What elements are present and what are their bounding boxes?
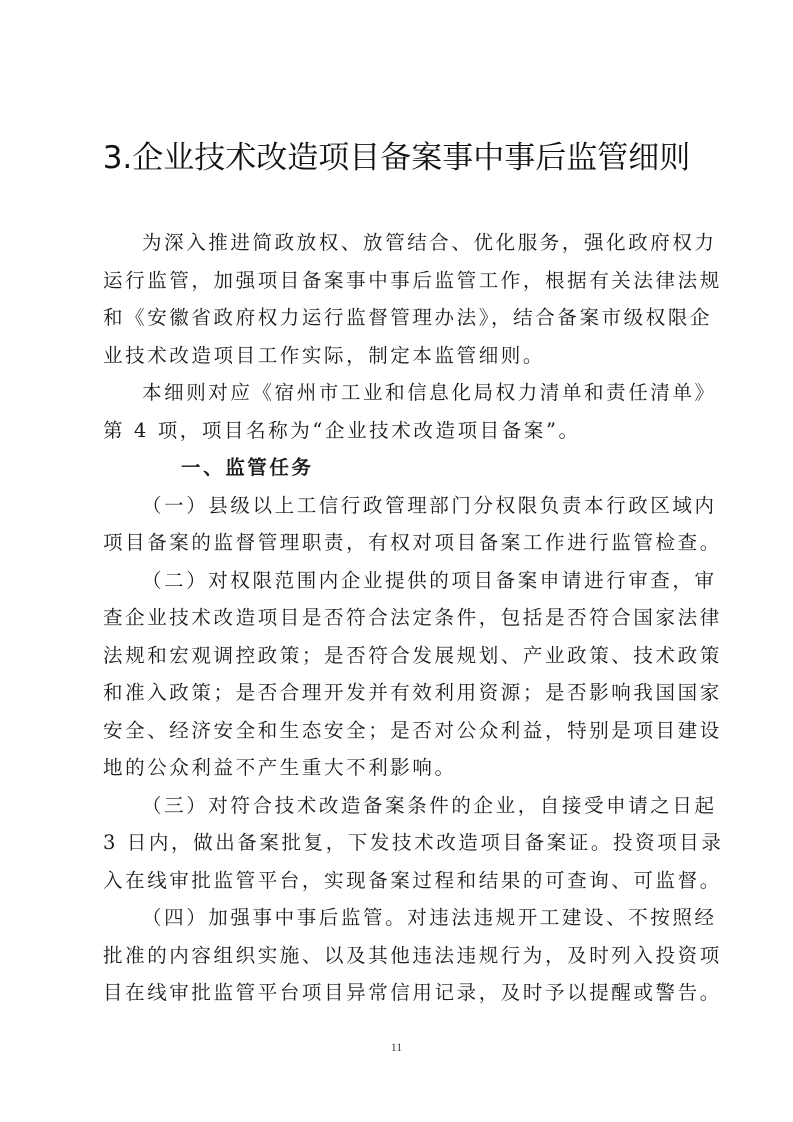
text-line: 法规和宏观调控政策；是否符合发展规划、产业政策、技术政策 [103,637,693,675]
page-number: 11 [0,1040,793,1055]
text-line: 业技术改造项目工作实际，制定本监管细则。 [103,337,693,375]
scope-paragraph: 本细则对应《宿州市工业和信息化局权力清单和责任清单》 第 4 项，项目名称为“企… [103,374,693,449]
text-line: 运行监管，加强项目备案事中事后监管工作，根据有关法律法规 [103,262,693,300]
text-line: 批准的内容组织实施、以及其他违法违规行为，及时列入投资项 [103,937,693,975]
text-line: 第 4 项，项目名称为“企业技术改造项目备案”。 [103,412,693,450]
text-line: 目在线审批监管平台项目异常信用记录，及时予以提醒或警告。 [103,974,693,1012]
text-line: 为深入推进简政放权、放管结合、优化服务，强化政府权力 [103,224,693,262]
document-title: 3.企业技术改造项目备案事中事后监管细则 [0,138,793,178]
text-line: 地的公众利益不产生重大不利影响。 [103,749,693,787]
text-line: 3 日内，做出备案批复，下发技术改造项目备案证。投资项目录 [103,824,693,862]
text-line: 和准入政策；是否合理开发并有效利用资源；是否影响我国国家 [103,674,693,712]
text-line: （三）对符合技术改造备案条件的企业，自接受申请之日起 [103,787,693,825]
section-heading: 一、监管任务 [103,449,693,487]
text-line: 查企业技术改造项目是否符合法定条件，包括是否符合国家法律 [103,599,693,637]
task-item-4: （四）加强事中事后监管。对违法违规开工建设、不按照经 批准的内容组织实施、以及其… [103,899,693,1012]
intro-paragraph: 为深入推进简政放权、放管结合、优化服务，强化政府权力 运行监管，加强项目备案事中… [103,224,693,374]
text-line: 安全、经济安全和生态安全；是否对公众利益，特别是项目建设 [103,712,693,750]
document-page: 3.企业技术改造项目备案事中事后监管细则 为深入推进简政放权、放管结合、优化服务… [0,0,793,1122]
task-item-3: （三）对符合技术改造备案条件的企业，自接受申请之日起 3 日内，做出备案批复，下… [103,787,693,900]
task-item-1: （一）县级以上工信行政管理部门分权限负责本行政区域内 项目备案的监督管理职责，有… [103,487,693,562]
text-line: （四）加强事中事后监管。对违法违规开工建设、不按照经 [103,899,693,937]
text-line: （二）对权限范围内企业提供的项目备案申请进行审查，审 [103,562,693,600]
text-line: （一）县级以上工信行政管理部门分权限负责本行政区域内 [103,487,693,525]
text-line: 入在线审批监管平台，实现备案过程和结果的可查询、可监督。 [103,862,693,900]
document-body: 为深入推进简政放权、放管结合、优化服务，强化政府权力 运行监管，加强项目备案事中… [103,224,693,1012]
task-item-2: （二）对权限范围内企业提供的项目备案申请进行审查，审 查企业技术改造项目是否符合… [103,562,693,787]
text-line: 项目备案的监督管理职责，有权对项目备案工作进行监管检查。 [103,524,693,562]
text-line: 本细则对应《宿州市工业和信息化局权力清单和责任清单》 [103,374,693,412]
text-line: 和《安徽省政府权力运行监督管理办法》，结合备案市级权限企 [103,299,693,337]
